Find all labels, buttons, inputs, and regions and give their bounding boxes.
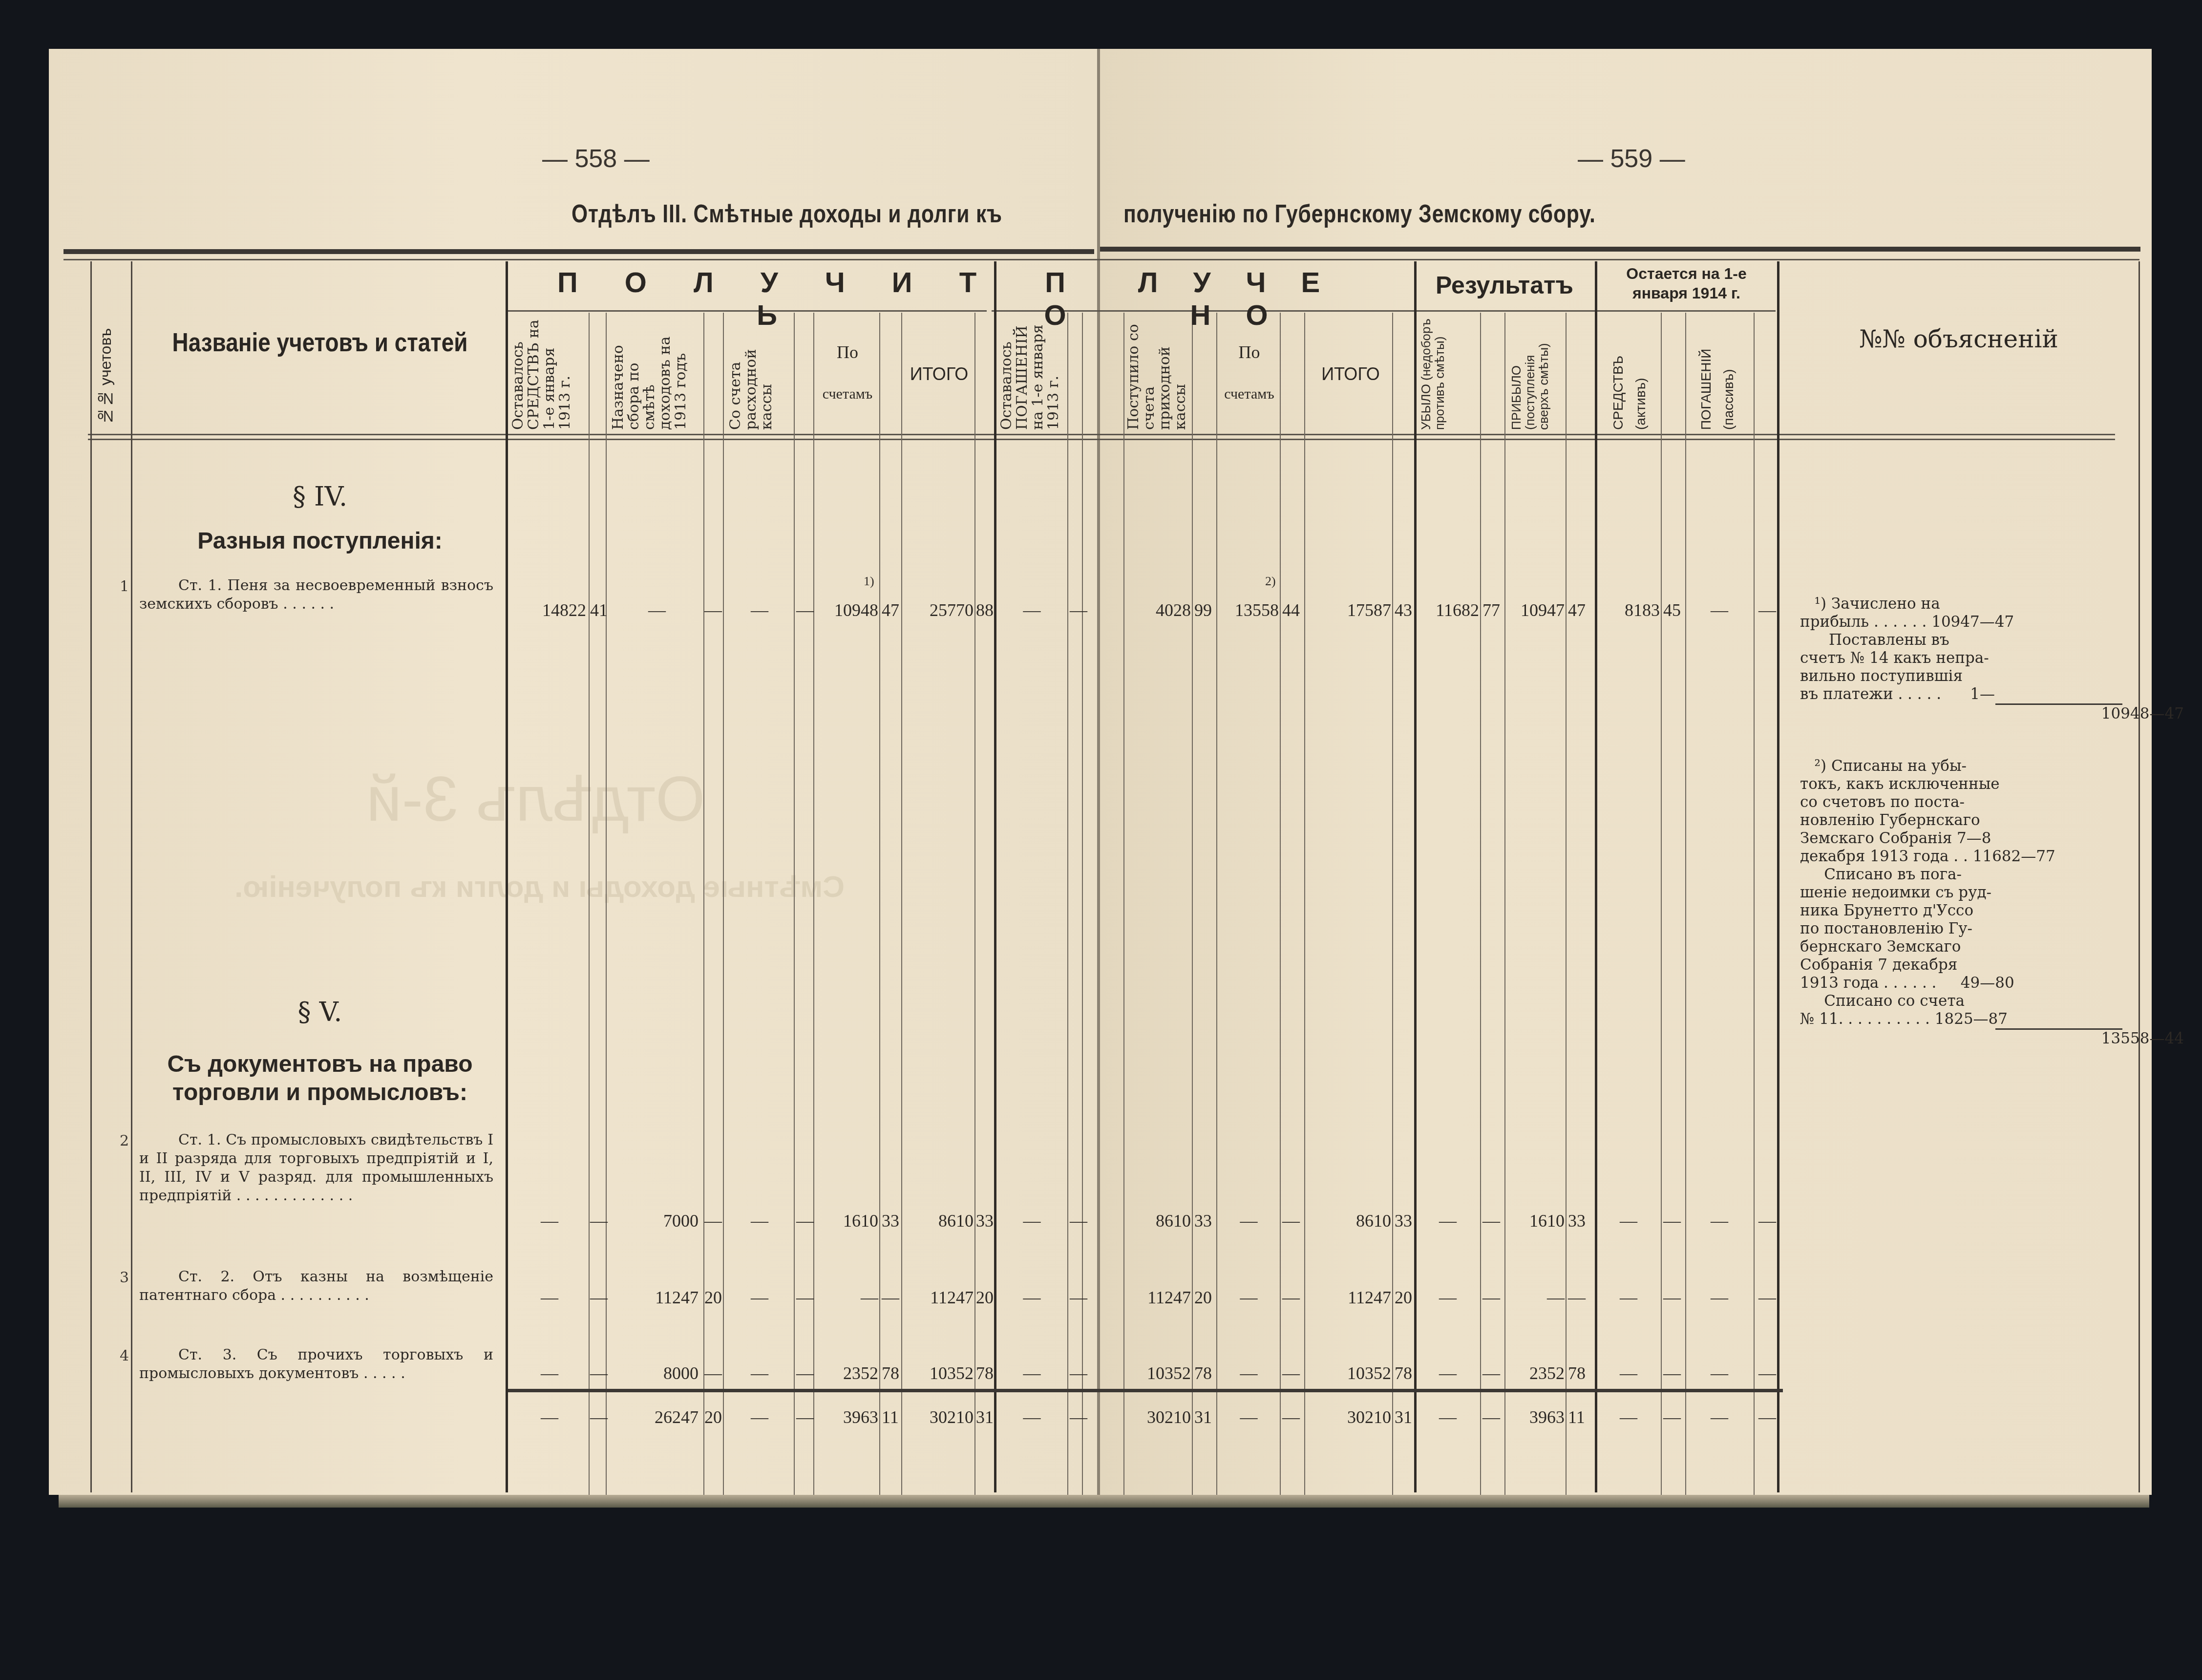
total-cell: —	[1282, 1407, 1300, 1427]
row-number: 2	[120, 1132, 129, 1149]
row-number: 4	[120, 1347, 129, 1364]
cell: 11247	[904, 1287, 974, 1308]
col-line	[1504, 313, 1505, 1495]
explanation-note-2: ²) Списаны на убы- токъ, какъ исключенны…	[1800, 757, 2122, 1048]
header-received-po: По	[1219, 342, 1280, 362]
col-line	[1754, 313, 1755, 1495]
cell: 10947	[1507, 600, 1565, 620]
cell: —	[796, 1211, 814, 1231]
cell: 78	[882, 1363, 899, 1383]
cell: 41	[590, 600, 608, 620]
footnote-marker: 1)	[864, 574, 874, 589]
header-top-thin-rule	[64, 259, 2139, 260]
cell: —	[1758, 600, 1776, 620]
cell: 20	[1194, 1287, 1212, 1308]
total-cell: 31	[1194, 1407, 1212, 1427]
cell: —	[1663, 1287, 1681, 1308]
col-line	[974, 313, 975, 1495]
cell: —	[1688, 600, 1751, 620]
cell: —	[704, 600, 722, 620]
total-cell: —	[513, 1407, 586, 1427]
cell: —	[615, 600, 699, 620]
cell: 20	[1395, 1287, 1412, 1308]
col-line	[1392, 313, 1393, 1495]
col-line	[131, 261, 132, 1492]
section-v-title: Съ документовъ на право торговли и промы…	[144, 1050, 496, 1107]
cell: —	[1219, 1211, 1279, 1231]
total-cell: 11	[882, 1407, 899, 1427]
cell: 33	[882, 1211, 899, 1231]
col-line	[1685, 313, 1686, 1495]
total-cell: 30210	[1309, 1407, 1391, 1427]
col-line	[1661, 313, 1662, 1495]
section-title-left: Отдѣлъ III. Смѣтные доходы и долги къ	[572, 199, 1002, 229]
cell: —	[590, 1211, 608, 1231]
header-remaining-funds: Оставалось СРЕДСТВЪ на 1-е января 1913 г…	[510, 317, 586, 430]
cell: —	[1482, 1211, 1500, 1231]
cell: 45	[1663, 600, 1681, 620]
cell: 8183	[1597, 600, 1660, 620]
cell: —	[1070, 1287, 1087, 1308]
bleedthrough-heading: Отдѣлъ 3-й	[366, 762, 705, 835]
cell: 7000	[615, 1211, 699, 1231]
total-cell: —	[1070, 1407, 1087, 1427]
cell: —	[999, 1211, 1065, 1231]
cell: 10352	[1126, 1363, 1191, 1383]
cell: —	[1482, 1363, 1500, 1383]
cell: —	[1417, 1211, 1479, 1231]
total-cell: —	[728, 1407, 791, 1427]
cell: —	[796, 600, 814, 620]
header-received-schetam: счетамъ	[1219, 386, 1280, 403]
col-line	[1480, 313, 1481, 1495]
total-cell: 31	[976, 1407, 994, 1427]
col-line	[1304, 313, 1305, 1495]
cell: 99	[1194, 600, 1212, 620]
cell: —	[999, 600, 1065, 620]
cell: —	[704, 1363, 722, 1383]
cell: —	[590, 1287, 608, 1308]
cell: 14822	[513, 600, 586, 620]
total-cell: —	[1688, 1407, 1751, 1427]
cell: 20	[976, 1287, 994, 1308]
cell: 33	[976, 1211, 994, 1231]
header-received-cash: Поступило со счета приходной кассы	[1126, 317, 1189, 430]
cell: —	[1688, 1287, 1751, 1308]
cell: —	[1597, 1287, 1660, 1308]
cell: 11247	[1309, 1287, 1391, 1308]
cell: —	[1507, 1287, 1565, 1308]
cell: 78	[976, 1363, 994, 1383]
cell: —	[513, 1363, 586, 1383]
header-from-expense: Со счета расходной кассы	[728, 317, 791, 430]
cell: 20	[704, 1287, 722, 1308]
total-cell: —	[1482, 1407, 1500, 1427]
header-group-remains: Остается на 1-е января 1914 г.	[1597, 264, 1776, 303]
header-remaining-repayments: Оставалось ПОГАШЕНІЙ на 1-е января 1913 …	[999, 317, 1084, 430]
cell: —	[1688, 1363, 1751, 1383]
header-po: По	[816, 342, 879, 362]
bleedthrough-subheading: Смѣтные доходы и долги къ полученію.	[234, 870, 845, 904]
cell: —	[728, 600, 791, 620]
cell: —	[513, 1287, 586, 1308]
cell: —	[1663, 1211, 1681, 1231]
cell: —	[1417, 1287, 1479, 1308]
total-cell: 20	[704, 1407, 722, 1427]
header-itogo-receive: ИТОГО	[904, 364, 974, 384]
total-cell: 26247	[615, 1407, 699, 1427]
header-remains-assets: СРЕДСТВЪ (активъ)	[1607, 317, 1656, 430]
cell: —	[1219, 1287, 1279, 1308]
total-cell: —	[999, 1407, 1065, 1427]
col-line	[506, 261, 508, 1492]
cell: —	[1282, 1287, 1300, 1308]
totals-rule	[508, 1389, 1783, 1392]
cell: —	[1282, 1363, 1300, 1383]
col-line	[1067, 313, 1068, 1495]
total-cell: —	[1417, 1407, 1479, 1427]
section-v-number: § V.	[134, 997, 506, 1027]
total-cell: 3963	[1507, 1407, 1565, 1427]
header-itogo-received: ИТОГО	[1309, 364, 1392, 384]
col-line	[1414, 261, 1417, 1492]
col-line	[901, 313, 902, 1495]
cell: —	[882, 1287, 899, 1308]
header-top-rule	[64, 249, 1094, 254]
cell: 78	[1568, 1363, 1586, 1383]
cell: —	[728, 1363, 791, 1383]
total-cell: 30210	[904, 1407, 974, 1427]
header-bottom-rule-2	[88, 439, 2115, 440]
cell: —	[1597, 1363, 1660, 1383]
cell: 11247	[1126, 1287, 1191, 1308]
cell: 33	[1395, 1211, 1412, 1231]
cell: —	[728, 1211, 791, 1231]
row-name: Ст. 2. Отъ казны на возмѣщеніе патентнаг…	[139, 1268, 493, 1305]
total-cell: —	[1663, 1407, 1681, 1427]
cell: —	[590, 1363, 608, 1383]
col-line	[794, 313, 795, 1495]
cell: 8610	[1309, 1211, 1391, 1231]
col-line	[1595, 261, 1597, 1492]
total-cell: 3963	[816, 1407, 878, 1427]
col-line	[994, 261, 996, 1492]
cell: —	[1688, 1211, 1751, 1231]
total-cell: 11	[1568, 1407, 1585, 1427]
cell: 44	[1282, 600, 1300, 620]
cell: 10352	[1309, 1363, 1391, 1383]
cell: —	[1758, 1211, 1776, 1231]
col-line	[1123, 313, 1124, 1495]
cell: 1610	[816, 1211, 878, 1231]
footnote-marker: 2)	[1265, 574, 1276, 589]
cell: —	[1070, 1363, 1087, 1383]
cell: 17587	[1309, 600, 1391, 620]
cell: —	[796, 1287, 814, 1308]
cell: 8610	[1126, 1211, 1191, 1231]
cell: 33	[1568, 1211, 1586, 1231]
header-group-result: Результатъ	[1414, 271, 1595, 299]
header-top-rule-right	[1100, 247, 2140, 252]
cell: 10948	[816, 600, 878, 620]
cell: —	[816, 1287, 878, 1308]
cell: —	[999, 1287, 1065, 1308]
col-line	[606, 313, 607, 1495]
header-schetam: счетамъ	[816, 386, 879, 403]
cell: —	[1758, 1287, 1776, 1308]
total-cell: —	[796, 1407, 814, 1427]
cell: —	[1070, 1211, 1087, 1231]
header-assigned: Назначено сбора по смѣтѣ доходовъ на 191…	[611, 317, 701, 430]
col-line	[1192, 313, 1193, 1495]
col-line	[90, 261, 92, 1492]
col-line	[1082, 313, 1083, 1495]
cell: —	[1663, 1363, 1681, 1383]
col-line	[1566, 313, 1567, 1495]
section-iv-number: § IV.	[134, 481, 506, 512]
row-name: Ст. 1. Съ промысловыхъ свидѣтельствъ I и…	[139, 1131, 493, 1205]
cell: 8610	[904, 1211, 974, 1231]
cell: —	[728, 1287, 791, 1308]
total-cell: 30210	[1126, 1407, 1191, 1427]
cell: —	[1597, 1211, 1660, 1231]
cell: —	[1568, 1287, 1586, 1308]
cell: 25770	[904, 600, 974, 620]
cell: 77	[1482, 600, 1500, 620]
cell: 33	[1194, 1211, 1212, 1231]
row-number: 3	[120, 1269, 129, 1286]
cell: 88	[976, 600, 994, 620]
cell: 78	[1194, 1363, 1212, 1383]
page-number-left: — 558 —	[542, 144, 650, 173]
cell: —	[1070, 600, 1087, 620]
col-line	[1280, 313, 1281, 1495]
cell: 1610	[1507, 1211, 1565, 1231]
header-profit: ПРИБЫЛО (поступленія сверхъ смѣты)	[1509, 317, 1566, 430]
cell: —	[1282, 1211, 1300, 1231]
row-number: 1	[120, 578, 129, 595]
row-name: Ст. 1. Пеня за несвоевременный взносъ зе…	[139, 576, 493, 614]
header-remains-liabilities: ПОГАШЕНІЙ (пассивъ)	[1695, 317, 1744, 430]
col-line	[2138, 261, 2140, 1492]
cell: 2352	[1507, 1363, 1565, 1383]
cell: 13558	[1219, 600, 1279, 620]
cell: 78	[1395, 1363, 1412, 1383]
total-cell: —	[1219, 1407, 1279, 1427]
cell: —	[513, 1211, 586, 1231]
section-iv-title: Разныя поступленія:	[134, 528, 506, 554]
page-number-right: — 559 —	[1578, 144, 1685, 173]
cell: —	[704, 1211, 722, 1231]
total-cell: —	[1597, 1407, 1660, 1427]
total-cell: —	[590, 1407, 608, 1427]
cell: —	[1417, 1363, 1479, 1383]
cell: 11682	[1417, 600, 1479, 620]
cell: 47	[1568, 600, 1586, 620]
col-line	[723, 313, 724, 1495]
explanation-note-1: ¹) Зачислено на прибыль . . . . . . 1094…	[1800, 595, 2122, 723]
col-line	[879, 313, 880, 1495]
col-line	[703, 313, 704, 1495]
cell: 8000	[615, 1363, 699, 1383]
col-line	[1777, 261, 1779, 1492]
cell: 4028	[1126, 600, 1191, 620]
col-line	[589, 313, 590, 1495]
cell: —	[999, 1363, 1065, 1383]
page-edges	[59, 1495, 2149, 1508]
header-col-name: Названіе учетовъ и статей	[162, 327, 478, 358]
col-line	[813, 313, 814, 1495]
cell: 11247	[615, 1287, 699, 1308]
cell: 43	[1395, 600, 1412, 620]
total-cell: 31	[1395, 1407, 1412, 1427]
header-loss: УБЫЛО (недоборъ противъ смѣты)	[1419, 317, 1478, 430]
header-bottom-rule	[88, 434, 2115, 435]
col-line	[1216, 313, 1217, 1495]
cell: —	[1758, 1363, 1776, 1383]
book-gutter	[1097, 49, 1100, 1495]
header-col-explanations: №№ объясненій	[1778, 325, 2139, 353]
section-title-right: полученію по Губернскому Земскому сбору.	[1123, 199, 1596, 229]
total-cell: —	[1758, 1407, 1776, 1427]
cell: 2352	[816, 1363, 878, 1383]
cell: —	[1482, 1287, 1500, 1308]
cell: —	[796, 1363, 814, 1383]
cell: 47	[882, 600, 899, 620]
header-col-number: №№ учетовъ	[98, 303, 113, 425]
row-name: Ст. 3. Съ прочихъ торговыхъ и промысловы…	[139, 1346, 493, 1383]
cell: —	[1219, 1363, 1279, 1383]
cell: 10352	[904, 1363, 974, 1383]
